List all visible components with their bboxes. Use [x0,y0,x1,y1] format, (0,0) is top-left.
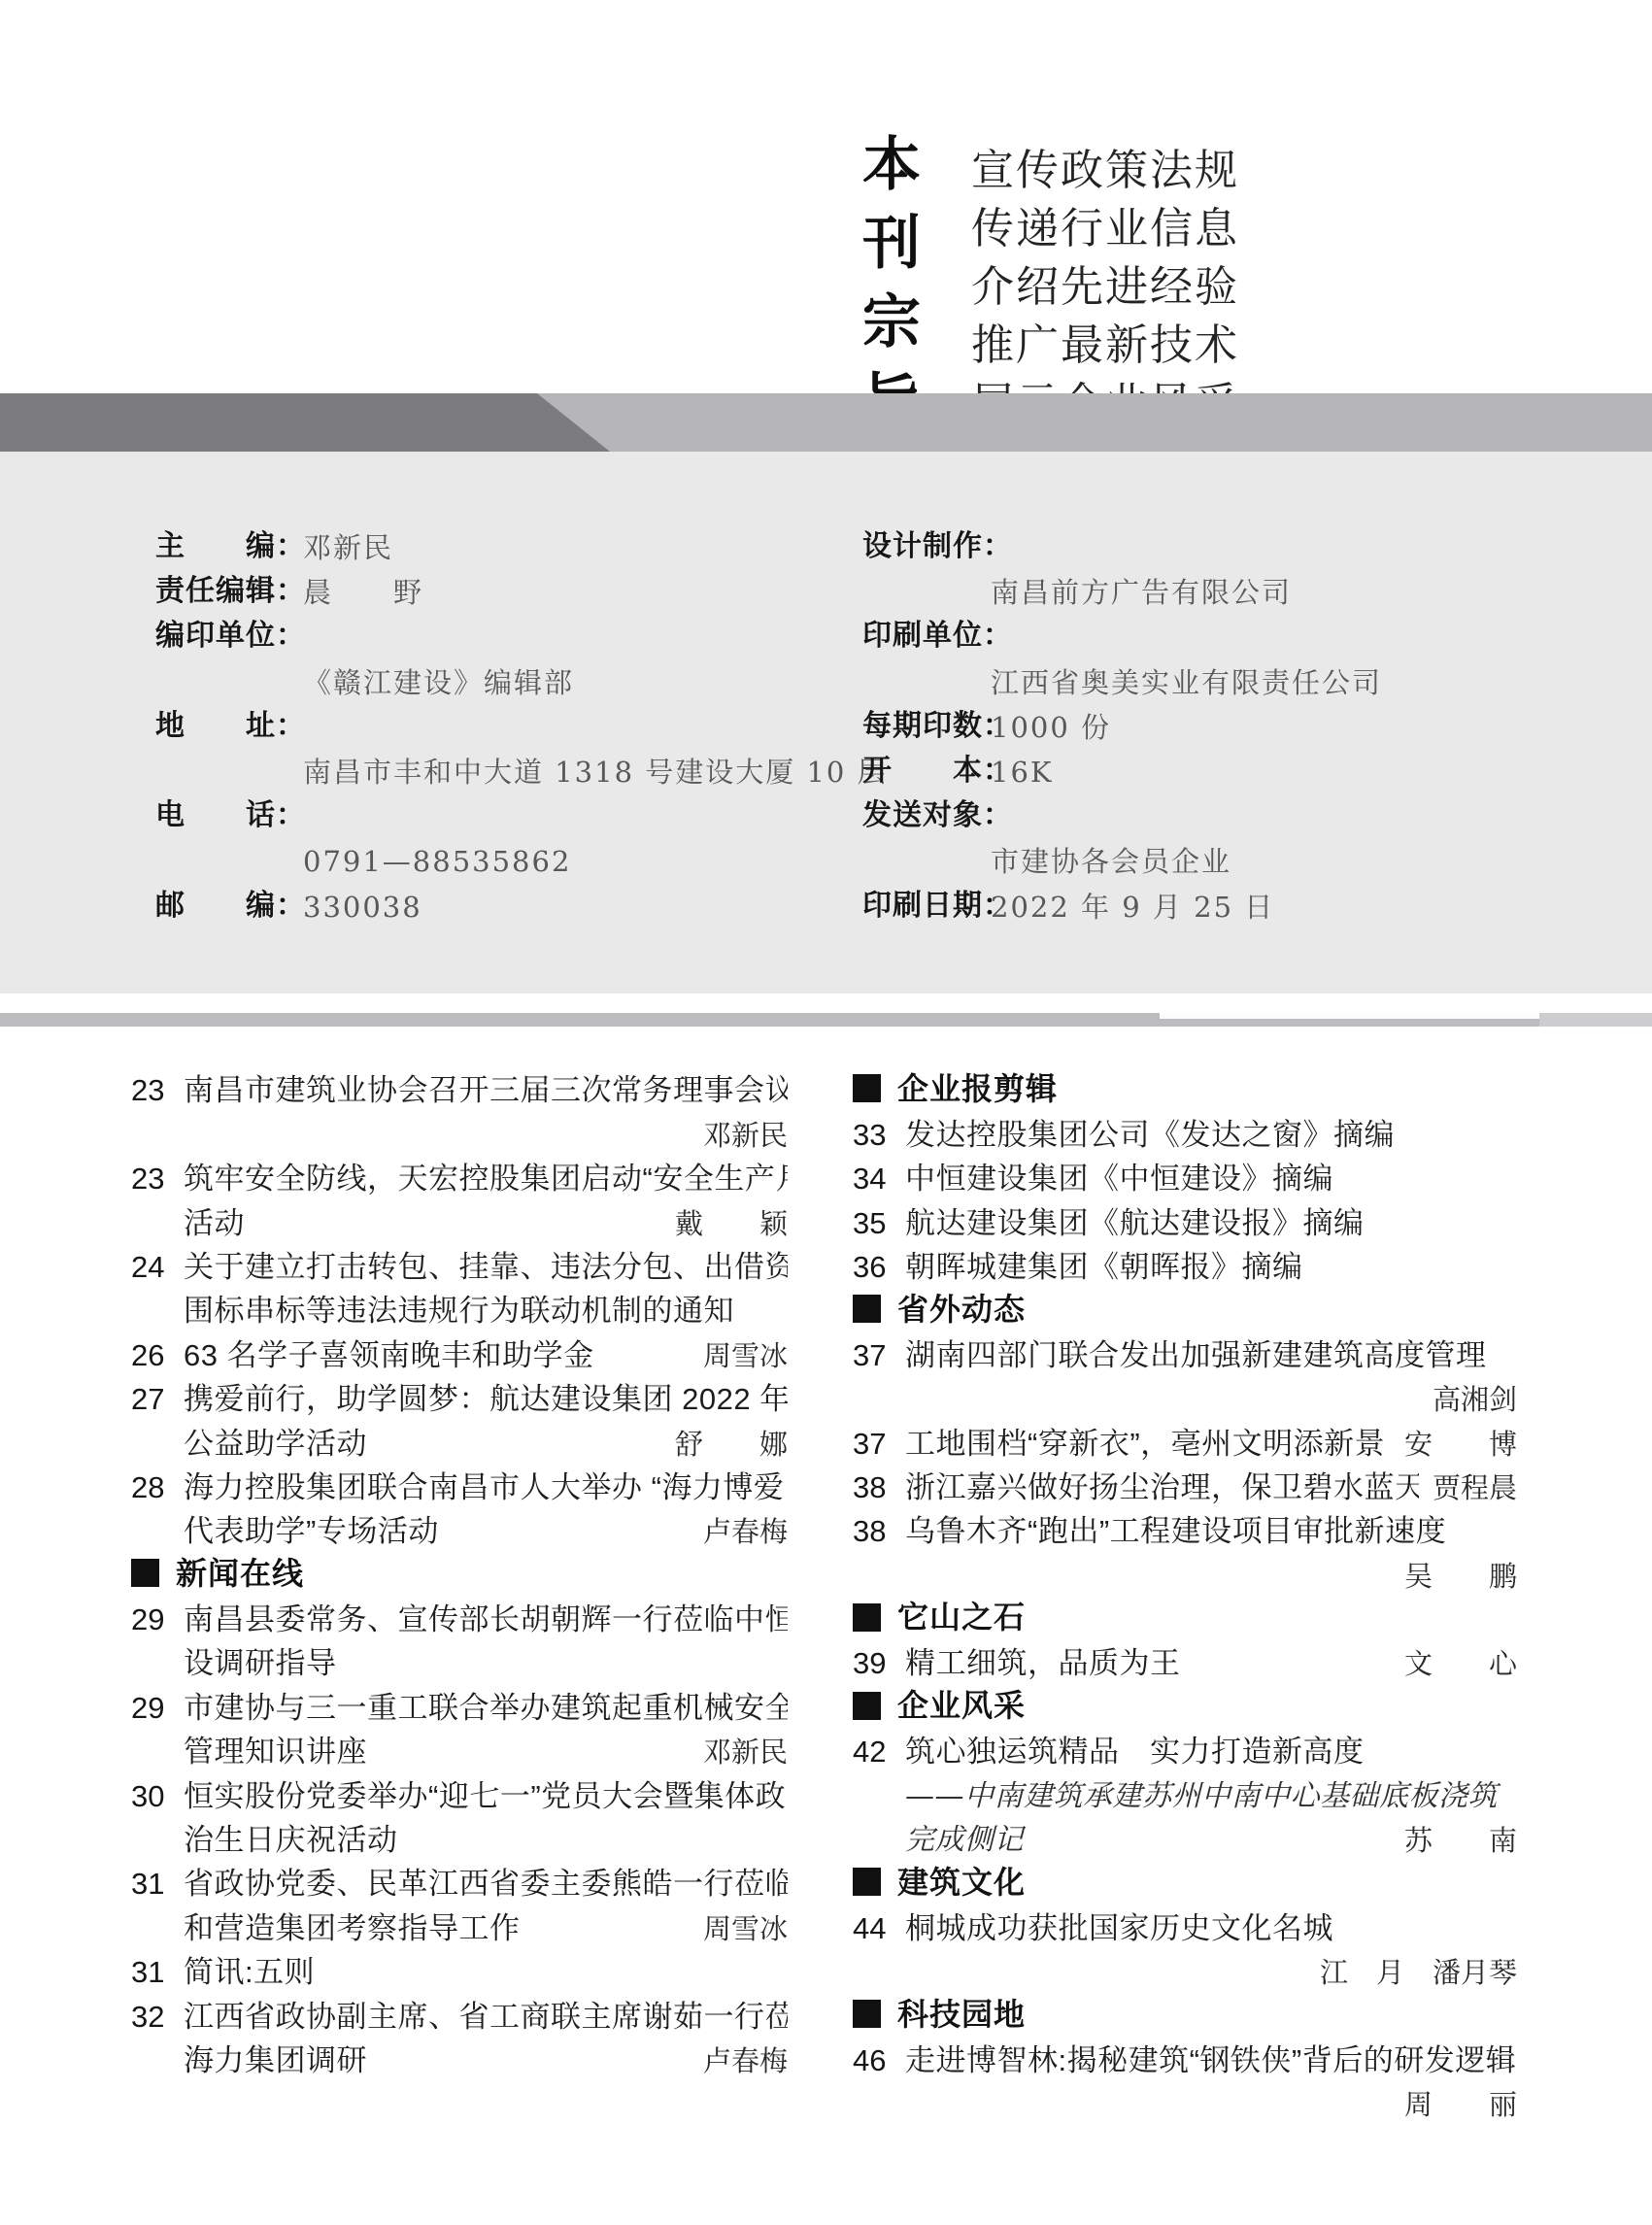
toc-section-row: 建筑文化 [853,1860,1517,1904]
toc-entry-title: 精工细筑，品质为王 [905,1644,1391,1683]
toc-entry-author: 周 丽 [1391,2085,1517,2124]
purpose-line: 推广最新技术 [971,317,1239,375]
toc-entry-title: 海力集团调研 [184,2041,690,2080]
toc-page-number: 31 [131,1865,184,1904]
toc-page-number: 30 [131,1777,184,1816]
toc-row: 38浙江嘉兴做好扬尘治理，保卫碧水蓝天贾程晨 [853,1464,1517,1507]
toc-entry-title: 恒实股份党委举办“迎七一”党员大会暨集体政 [184,1777,788,1816]
toc-entry-title: 简讯:五则 [184,1953,788,1992]
toc-entry-title: 63 名学子喜领南晚丰和助学金 [184,1336,690,1375]
info-value: 330038 [303,889,422,926]
toc-section-title: 它山之石 [897,1600,1026,1635]
section-square-icon [853,1868,881,1896]
toc-section-row: 科技园地 [853,1992,1517,2036]
toc-row: 29南昌县委常务、宣传部长胡朝辉一行莅临中恒建 [131,1596,788,1639]
info-row: 印刷单位： [862,617,1542,661]
toc-entry-title: 管理知识讲座 [184,1733,690,1771]
toc-entry-title: 治生日庆祝活动 [184,1821,788,1860]
info-row: 每期印数：1000 份 [862,707,1542,752]
toc-row: 活动戴 颖 [131,1198,788,1242]
toc-entry-title: 市建协与三一重工联合举办建筑起重机械安全 [184,1689,788,1728]
toc-row: 33发达控股集团公司《发达之窗》摘编 [853,1110,1517,1154]
toc-row: 28海力控股集团联合南昌市人大举办 “海力博爱· [131,1464,788,1507]
toc-row: 完成侧记苏 南 [853,1816,1517,1860]
toc-entry-title: 南昌县委常务、宣传部长胡朝辉一行莅临中恒建 [184,1601,788,1639]
toc-entry-author: 卢春梅 [690,1512,788,1551]
toc-entry-author: 舒 娜 [661,1425,788,1464]
toc-entry-title: 省政协党委、民革江西省委主委熊皓一行莅临丰 [184,1865,788,1904]
toc-page-number: 37 [853,1336,905,1375]
toc-section-row: 省外动态 [853,1287,1517,1331]
toc-entry-title: 南昌市建筑业协会召开三届三次常务理事会议 [184,1071,788,1110]
toc-page-number: 33 [853,1116,905,1155]
toc-entry-title: 代表助学”专场活动 [184,1512,690,1551]
toc-entry-author: 戴 颖 [661,1204,788,1243]
toc-entry-title: 中恒建设集团《中恒建设》摘编 [905,1160,1517,1198]
toc-row: 30恒实股份党委举办“迎七一”党员大会暨集体政 [131,1771,788,1815]
toc-entry-author: 江 月 潘月琴 [1306,1953,1517,1992]
toc-row: 35航达建设集团《航达建设报》摘编 [853,1198,1517,1242]
toc-section-row: 企业报剪辑 [853,1066,1517,1110]
toc-entry-author: 邓新民 [690,1116,788,1155]
toc-right-column: 企业报剪辑33发达控股集团公司《发达之窗》摘编34中恒建设集团《中恒建设》摘编3… [853,1066,1517,2124]
toc-entry-title: 朝晖城建集团《朝晖报》摘编 [905,1248,1517,1287]
toc-row: 海力集团调研卢春梅 [131,2037,788,2080]
toc-entry-author: 周雪冰 [690,1909,788,1948]
toc-entry-author: 吴 鹏 [1391,1557,1517,1596]
section-square-icon [853,1074,881,1102]
info-label: 发送对象： [862,796,1013,835]
toc-entry-author: 贾程晨 [1419,1468,1517,1507]
toc-entry-title: 围标串标等违法违规行为联动机制的通知 [184,1292,788,1331]
info-value: 南昌市丰和中大道 1318 号建设大厦 10 层 [303,754,888,791]
section-square-icon [853,1295,881,1323]
toc-row: 36朝晖城建集团《朝晖报》摘编 [853,1243,1517,1287]
toc-page-number: 29 [131,1689,184,1728]
toc-entry-title: 浙江嘉兴做好扬尘治理，保卫碧水蓝天 [905,1468,1419,1507]
info-row: 发送对象： [862,796,1542,841]
toc-page-number: 24 [131,1248,184,1287]
toc-entry-author: 安 博 [1391,1425,1517,1464]
info-row: 印刷日期：2022 年 9 月 25 日 [862,887,1542,931]
toc-row: 42筑心独运筑精品 实力打造新高度 [853,1728,1517,1771]
info-row: 开 本：16K [862,752,1542,796]
toc-page-number: 44 [853,1909,905,1948]
toc-row: ——中南建筑承建苏州中南中心基础底板浇筑 [853,1771,1517,1815]
toc-row: 代表助学”专场活动卢春梅 [131,1507,788,1551]
toc-page-number: 37 [853,1425,905,1464]
toc-page-number: 38 [853,1512,905,1551]
toc-entry-title: 和营造集团考察指导工作 [184,1909,690,1948]
toc-entry-title: 湖南四部门联合发出加强新建建筑高度管理 [905,1336,1517,1375]
toc-entry-title: 航达建设集团《航达建设报》摘编 [905,1204,1517,1243]
toc-entry-title: 乌鲁木齐“跑出”工程建设项目审批新速度 [905,1512,1517,1551]
toc-page-number: 23 [131,1160,184,1198]
toc-row: 江 月 潘月琴 [853,1948,1517,1992]
toc-row: 24关于建立打击转包、挂靠、违法分包、出借资质、 [131,1243,788,1287]
toc-row: 邓新民 [131,1110,788,1154]
purpose-line: 宣传政策法规 [971,142,1239,200]
toc-row: 高湘剑 [853,1375,1517,1419]
toc-section-title: 省外动态 [897,1292,1026,1327]
info-row: 邮 编：330038 [155,887,777,931]
toc-entry-title: 筑心独运筑精品 实力打造新高度 [905,1733,1517,1771]
toc-row: 吴 鹏 [853,1551,1517,1595]
info-row: 地 址： [155,707,777,752]
info-row: 0791—88535862 [155,841,777,886]
toc-row: 31简讯:五则 [131,1948,788,1992]
toc-section-row: 它山之石 [853,1596,1517,1639]
toc-entry-author: 文 心 [1391,1644,1517,1683]
toc-section-row: 新闻在线 [131,1551,788,1595]
journal-purpose-vertical-title: 本刊宗旨 [862,136,921,430]
toc-entry-author: 周雪冰 [690,1336,788,1375]
info-row: 责任编辑：晨 野 [155,572,777,617]
toc-row: 23南昌市建筑业协会召开三届三次常务理事会议 [131,1066,788,1110]
toc-entry-author: 邓新民 [690,1733,788,1771]
toc-entry-author: 卢春梅 [690,2041,788,2080]
info-label: 印刷单位： [862,617,1013,656]
toc-section-title: 新闻在线 [176,1556,304,1591]
section-divider-right-segment [1539,1013,1652,1027]
magazine-toc-page: 本刊宗旨 宣传政策法规传递行业信息介绍先进经验推广最新技术展示企业风采 主 编：… [0,0,1652,2225]
toc-page-number: 26 [131,1336,184,1375]
info-label: 地 址： [155,707,306,746]
toc-row: 管理知识讲座邓新民 [131,1728,788,1771]
toc-page-number: 28 [131,1468,184,1507]
publication-info-panel: 主 编：邓新民责任编辑：晨 野编印单位：《赣江建设》编辑部地 址：南昌市丰和中大… [0,452,1652,994]
info-row: 设计制作： [862,527,1542,572]
toc-entry-author: 苏 南 [1391,1821,1517,1860]
info-value: 《赣江建设》编辑部 [303,664,574,701]
toc-row: 周 丽 [853,2080,1517,2124]
toc-entry-title: 筑牢安全防线，天宏控股集团启动“安全生产月” [184,1160,788,1198]
toc-row: 46走进博智林:揭秘建筑“钢铁侠”背后的研发逻辑 [853,2037,1517,2080]
toc-entry-title: 关于建立打击转包、挂靠、违法分包、出借资质、 [184,1248,788,1287]
info-value: 2022 年 9 月 25 日 [991,889,1274,926]
info-row: 南昌市丰和中大道 1318 号建设大厦 10 层 [155,752,777,796]
toc-entry-title: 发达控股集团公司《发达之窗》摘编 [905,1116,1517,1155]
toc-entry-author: 高湘剑 [1419,1380,1517,1419]
info-value: 江西省奥美实业有限责任公司 [991,664,1382,701]
toc-row: 37工地围档“穿新衣”，亳州文明添新景安 博 [853,1419,1517,1463]
toc-section-title: 企业报剪辑 [897,1071,1058,1106]
toc-entry-title: ——中南建筑承建苏州中南中心基础底板浇筑 [905,1777,1517,1816]
toc-page-number: 38 [853,1468,905,1507]
purpose-line: 传递行业信息 [971,200,1239,258]
info-row: 南昌前方广告有限公司 [862,572,1542,617]
toc-page-number: 34 [853,1160,905,1198]
toc-row: 31省政协党委、民革江西省委主委熊皓一行莅临丰 [131,1860,788,1904]
toc-section-title: 科技园地 [897,1997,1026,2032]
section-square-icon [853,2000,881,2028]
toc-row: 设调研指导 [131,1639,788,1683]
info-label: 电 话： [155,796,306,835]
info-label: 责任编辑： [155,572,306,611]
info-label: 主 编： [155,527,306,566]
publication-info-right-column: 设计制作：南昌前方广告有限公司印刷单位：江西省奥美实业有限责任公司每期印数：10… [862,527,1542,931]
toc-page-number: 35 [853,1204,905,1243]
toc-row: 32江西省政协副主席、省工商联主席谢茹一行莅临 [131,1992,788,2036]
toc-row: 38乌鲁木齐“跑出”工程建设项目审批新速度 [853,1507,1517,1551]
info-value: 16K [991,754,1054,791]
toc-page-number: 46 [853,2041,905,2080]
vertical-title-char: 宗 [862,293,921,352]
toc-entry-title: 活动 [184,1204,661,1243]
info-row: 市建协各会员企业 [862,841,1542,886]
toc-page-number: 23 [131,1071,184,1110]
section-square-icon [131,1559,159,1587]
toc-row: 34中恒建设集团《中恒建设》摘编 [853,1155,1517,1198]
toc-entry-title: 携爱前行，助学圆梦：航达建设集团 2022 年度 [184,1380,788,1419]
toc-row: 27携爱前行，助学圆梦：航达建设集团 2022 年度 [131,1375,788,1419]
info-value: 晨 野 [303,574,423,611]
info-row: 电 话： [155,796,777,841]
toc-page-number: 39 [853,1644,905,1683]
toc-row: 37湖南四部门联合发出加强新建建筑高度管理 [853,1331,1517,1374]
info-value: 南昌前方广告有限公司 [991,574,1292,611]
toc-page-number: 29 [131,1601,184,1639]
toc-row: 29市建协与三一重工联合举办建筑起重机械安全 [131,1683,788,1727]
section-square-icon [853,1603,881,1632]
toc-row: 围标串标等违法违规行为联动机制的通知 [131,1287,788,1331]
toc-row: 和营造集团考察指导工作周雪冰 [131,1904,788,1947]
vertical-title-char: 刊 [862,215,921,273]
toc-row: 39精工细筑，品质为王文 心 [853,1639,1517,1683]
journal-purpose-lines: 宣传政策法规传递行业信息介绍先进经验推广最新技术展示企业风采 [971,142,1239,433]
info-value: 0791—88535862 [303,843,571,880]
info-label: 编印单位： [155,617,306,656]
purpose-line: 介绍先进经验 [971,258,1239,317]
toc-row: 2663 名学子喜领南晚丰和助学金周雪冰 [131,1331,788,1374]
toc-entry-title: 工地围档“穿新衣”，亳州文明添新景 [905,1425,1391,1464]
toc-entry-title: 桐城成功获批国家历史文化名城 [905,1909,1517,1948]
toc-section-title: 企业风采 [897,1688,1026,1723]
toc-page-number: 27 [131,1380,184,1419]
info-label: 设计制作： [862,527,1013,566]
toc-row: 治生日庆祝活动 [131,1816,788,1860]
info-row: 编印单位： [155,617,777,661]
toc-page-number: 36 [853,1248,905,1287]
toc-entry-title: 设调研指导 [184,1644,788,1683]
info-label: 邮 编： [155,887,306,926]
toc-entry-title: 走进博智林:揭秘建筑“钢铁侠”背后的研发逻辑 [905,2041,1517,2080]
info-row: 《赣江建设》编辑部 [155,662,777,707]
toc-page-number: 31 [131,1953,184,1992]
vertical-title-char: 本 [862,136,921,194]
toc-section-row: 企业风采 [853,1683,1517,1727]
toc-page-number: 32 [131,1998,184,2037]
toc-row: 公益助学活动舒 娜 [131,1419,788,1463]
info-value: 邓新民 [303,529,393,566]
info-row: 江西省奥美实业有限责任公司 [862,662,1542,707]
toc-section-title: 建筑文化 [897,1865,1026,1900]
info-value: 市建协各会员企业 [991,843,1231,880]
info-value: 1000 份 [991,709,1111,746]
info-row: 主 编：邓新民 [155,527,777,572]
toc-entry-title: 海力控股集团联合南昌市人大举办 “海力博爱· [184,1468,788,1507]
section-square-icon [853,1692,881,1720]
toc-left-column: 23南昌市建筑业协会召开三届三次常务理事会议邓新民23筑牢安全防线，天宏控股集团… [131,1066,788,2080]
toc-row: 23筑牢安全防线，天宏控股集团启动“安全生产月” [131,1155,788,1198]
toc-entry-title: 公益助学活动 [184,1425,661,1464]
toc-row: 44桐城成功获批国家历史文化名城 [853,1904,1517,1947]
section-divider-notch [1160,1013,1539,1019]
toc-page-number: 42 [853,1733,905,1771]
publication-info-left-column: 主 编：邓新民责任编辑：晨 野编印单位：《赣江建设》编辑部地 址：南昌市丰和中大… [155,527,777,931]
toc-entry-title: 完成侧记 [905,1821,1391,1860]
toc-entry-title: 江西省政协副主席、省工商联主席谢茹一行莅临 [184,1998,788,2037]
